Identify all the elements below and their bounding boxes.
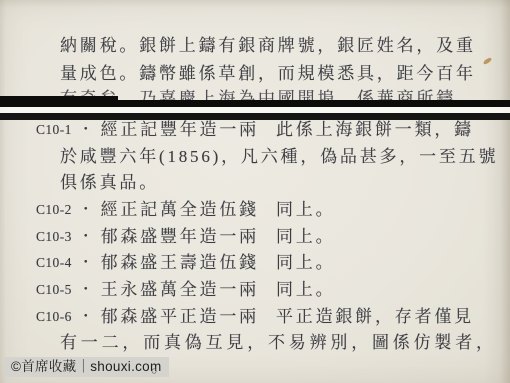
bullet-icon: ・	[79, 310, 96, 325]
bullet-icon: ・	[79, 283, 96, 298]
entry-note: 此係上海銀餅一類，鑄	[276, 120, 474, 139]
entry-name: 王永盛萬全造一兩	[101, 280, 259, 299]
redaction-bar-top	[0, 100, 510, 107]
entry-row-c10-3: C10-3・郁森盛豐年造一兩同上。	[36, 227, 335, 248]
entry-row-c10-5: C10-5・王永盛萬全造一兩同上。	[36, 280, 335, 301]
entry-id: C10-2	[36, 202, 72, 217]
entry-id: C10-3	[36, 229, 72, 244]
watermark-badge: ©首席收藏｜shouxi.com	[4, 357, 169, 377]
entry-c10-6-continuation-1: 有一二，而真偽互見，不易辨別，圖係仿製者，	[60, 333, 497, 353]
entry-note: 同上。	[276, 280, 335, 299]
entry-c10-1-continuation-1: 於咸豐六年(1856)，凡六種，偽品甚多，一至五號	[60, 147, 498, 167]
paragraph-line-1: 納關稅。銀餅上鑄有銀商牌號，銀匠姓名，及重	[60, 36, 476, 56]
entry-name: 郁森盛王壽造伍錢	[101, 253, 259, 272]
scanned-book-page: 納關稅。銀餅上鑄有銀商牌號，銀匠姓名，及重 量成色。鑄幣雖係草創，而規模悉具，距…	[0, 0, 510, 383]
entry-row-c10-2: C10-2・經正記萬全造伍錢同上。	[36, 200, 335, 221]
redaction-bar-bottom	[0, 113, 510, 120]
entry-id: C10-4	[36, 255, 72, 270]
bullet-icon: ・	[79, 230, 96, 245]
entry-row-c10-6: C10-6・郁森盛平正造一兩平正造銀餅，存者僅見	[36, 307, 474, 328]
entry-note: 同上。	[276, 200, 335, 219]
entry-id: C10-5	[36, 282, 72, 297]
bullet-icon: ・	[79, 256, 96, 271]
entry-note: 同上。	[276, 253, 335, 272]
entry-row-c10-4: C10-4・郁森盛王壽造伍錢同上。	[36, 253, 335, 274]
entry-note: 同上。	[276, 227, 335, 246]
entry-name: 郁森盛豐年造一兩	[101, 227, 259, 246]
redaction-bar-white-slit	[0, 107, 510, 113]
entry-note: 平正造銀餅，存者僅見	[276, 307, 474, 326]
paragraph-line-2: 量成色。鑄幣雖係草創，而規模悉具，距今百年	[60, 64, 476, 84]
entry-name: 經正記豐年造一兩	[101, 120, 259, 139]
entry-c10-1-continuation-2: 俱係真品。	[60, 173, 159, 193]
bullet-icon: ・	[79, 203, 96, 218]
paper-fleck	[483, 57, 493, 65]
bullet-icon: ・	[79, 123, 96, 138]
entry-id: C10-1	[36, 122, 72, 137]
watermark-trailing-punctuation: 。	[151, 352, 168, 377]
entry-name: 經正記萬全造伍錢	[101, 200, 259, 219]
entry-row-c10-1: C10-1・經正記豐年造一兩此係上海銀餅一類，鑄	[36, 120, 474, 141]
entry-id: C10-6	[36, 309, 72, 324]
entry-name: 郁森盛平正造一兩	[101, 307, 259, 326]
